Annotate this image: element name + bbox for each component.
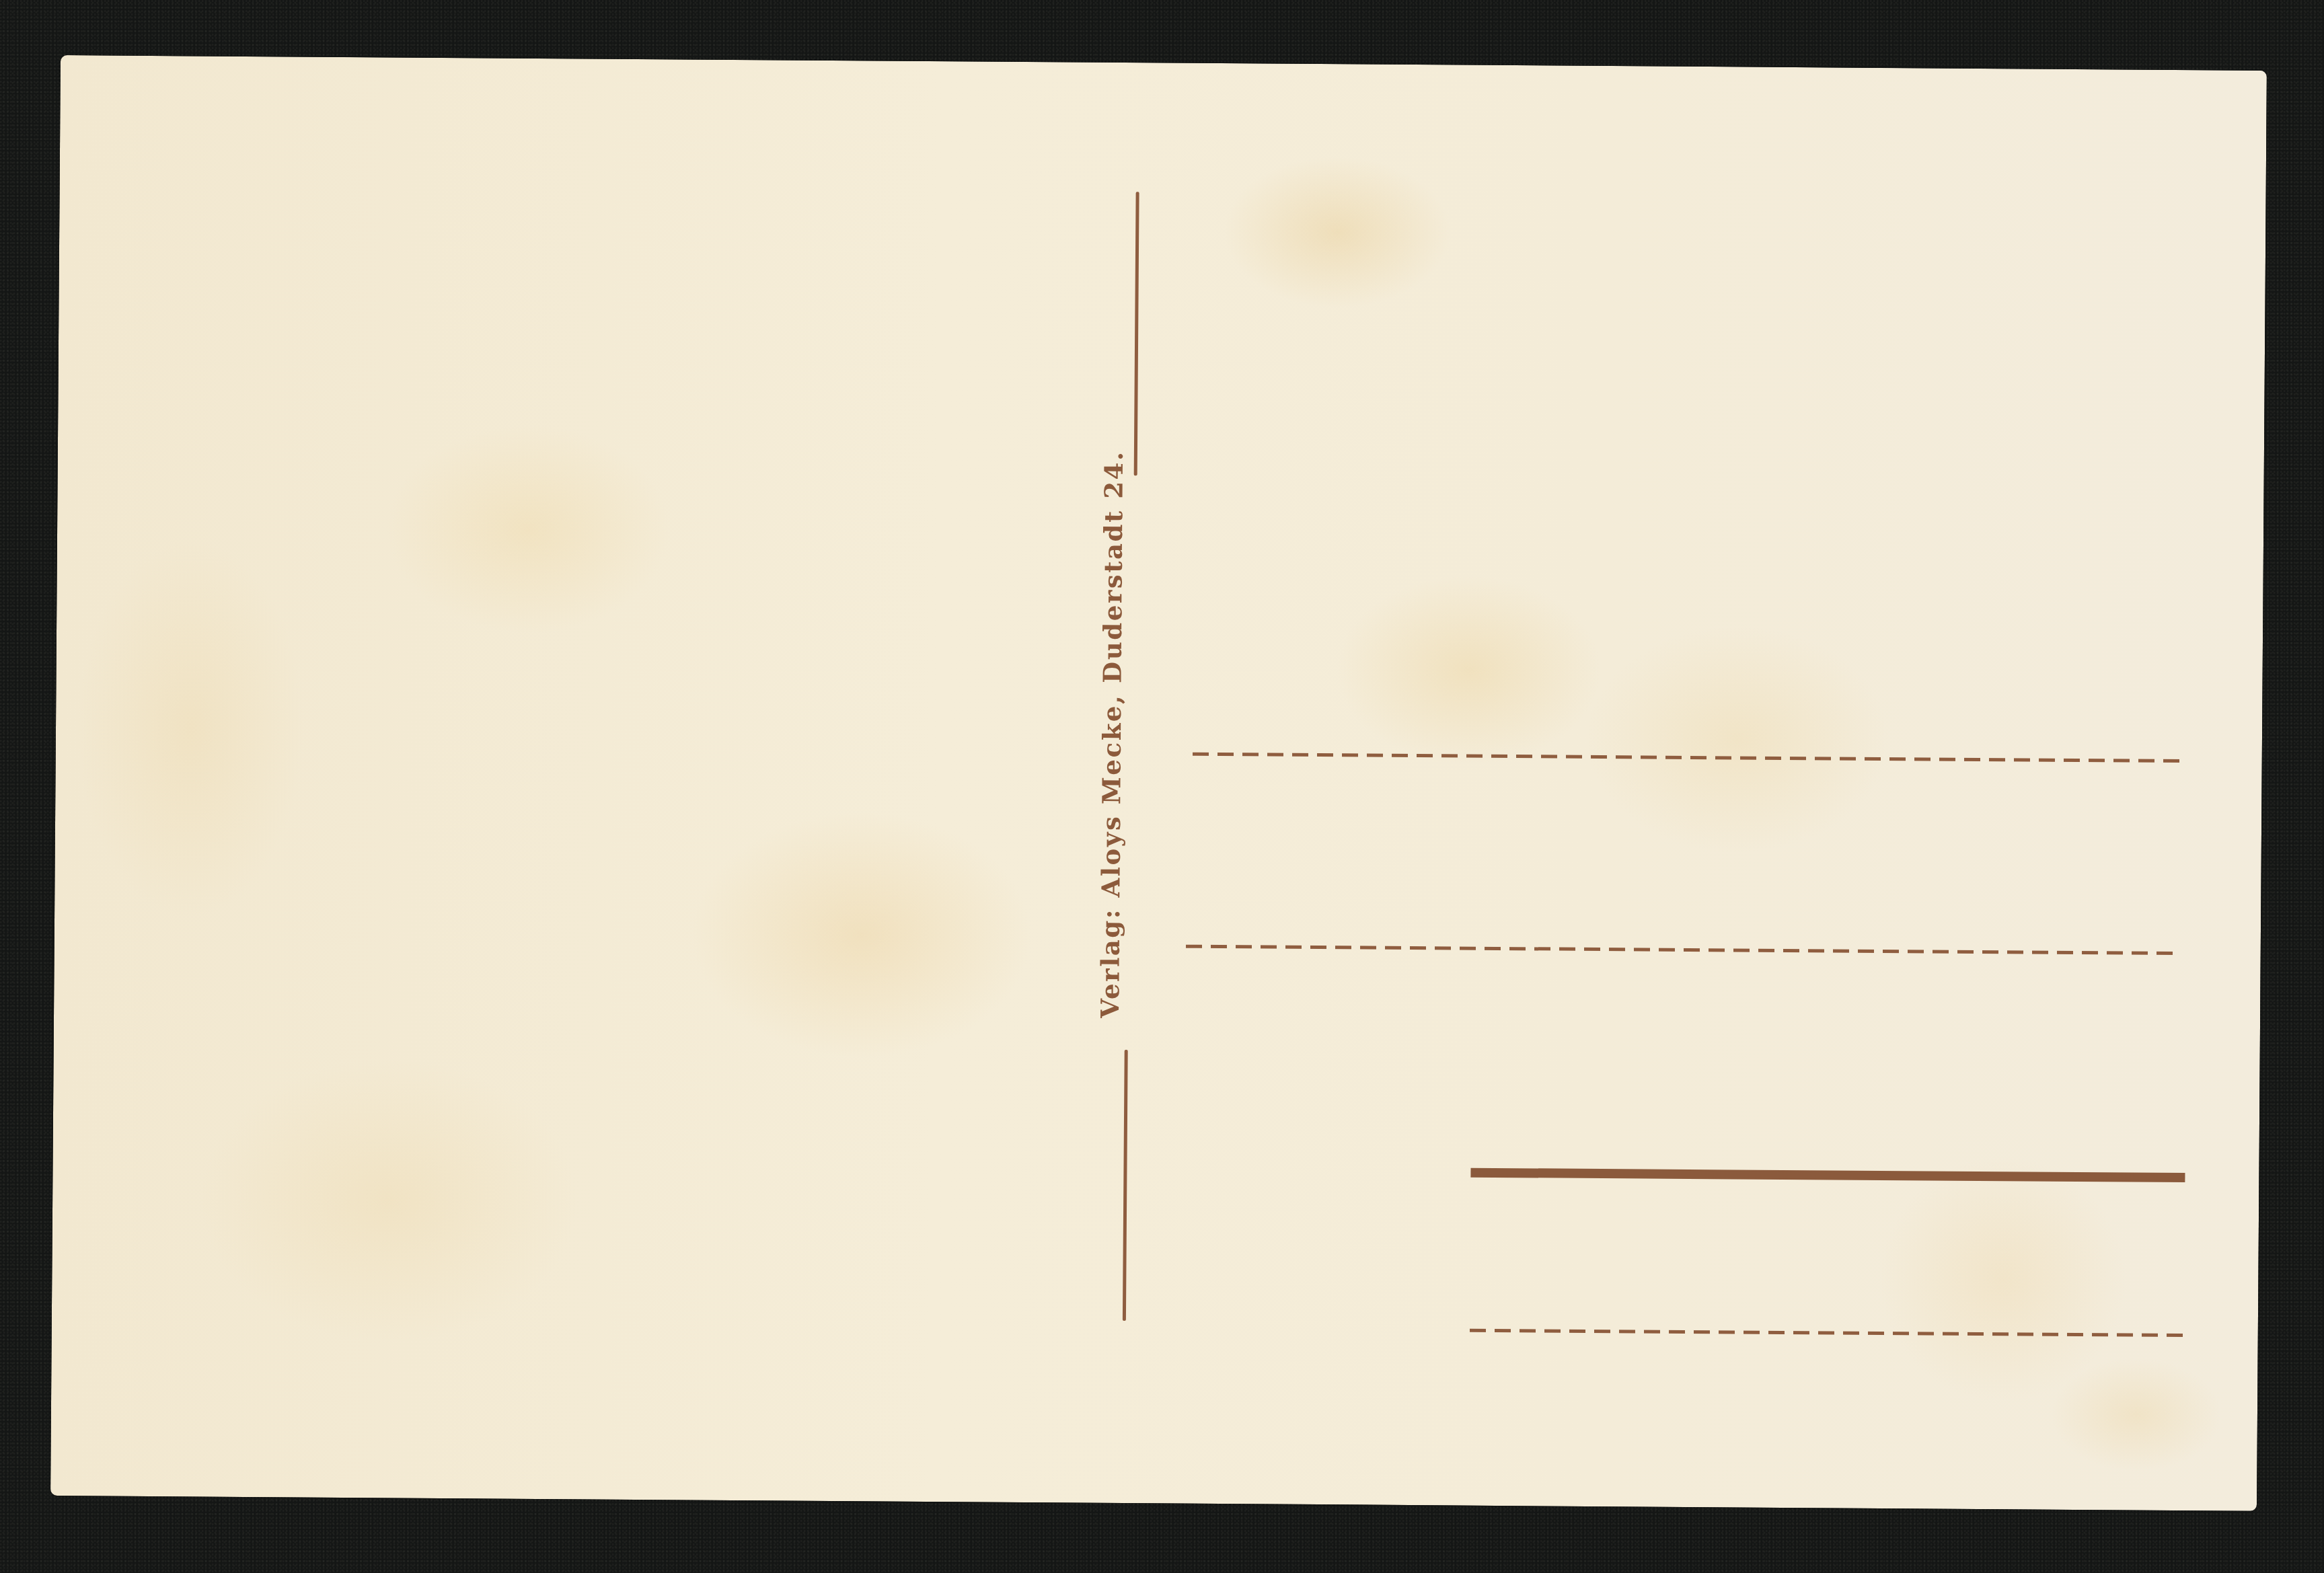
divider-rule-upper — [1134, 192, 1139, 475]
postcard-back: Verlag: Aloys Mecke, Duderstadt 24. — [50, 55, 2267, 1511]
address-line-4 — [1470, 1329, 2184, 1337]
divider-rule-lower — [1123, 1050, 1128, 1321]
address-line-3-solid — [1470, 1168, 2185, 1182]
address-line-2 — [1186, 945, 2179, 955]
publisher-imprint: Verlag: Aloys Mecke, Duderstadt 24. — [1096, 480, 1128, 1018]
address-line-1 — [1193, 753, 2185, 763]
